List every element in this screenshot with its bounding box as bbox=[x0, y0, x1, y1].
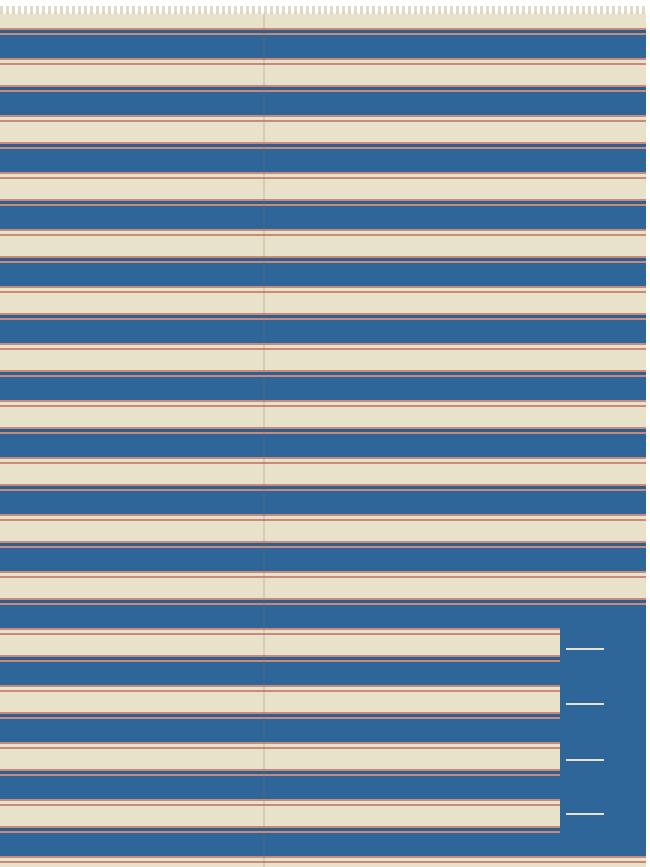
rug-stripes bbox=[0, 12, 646, 867]
lash-mark bbox=[566, 813, 604, 815]
lash-mark bbox=[566, 648, 604, 650]
lash-mark bbox=[566, 759, 604, 761]
rug-fringe bbox=[0, 6, 646, 14]
lash-mark bbox=[566, 703, 604, 705]
blue-corner-panel bbox=[560, 609, 646, 852]
rug-seam bbox=[263, 12, 265, 867]
striped-rug bbox=[0, 12, 646, 867]
